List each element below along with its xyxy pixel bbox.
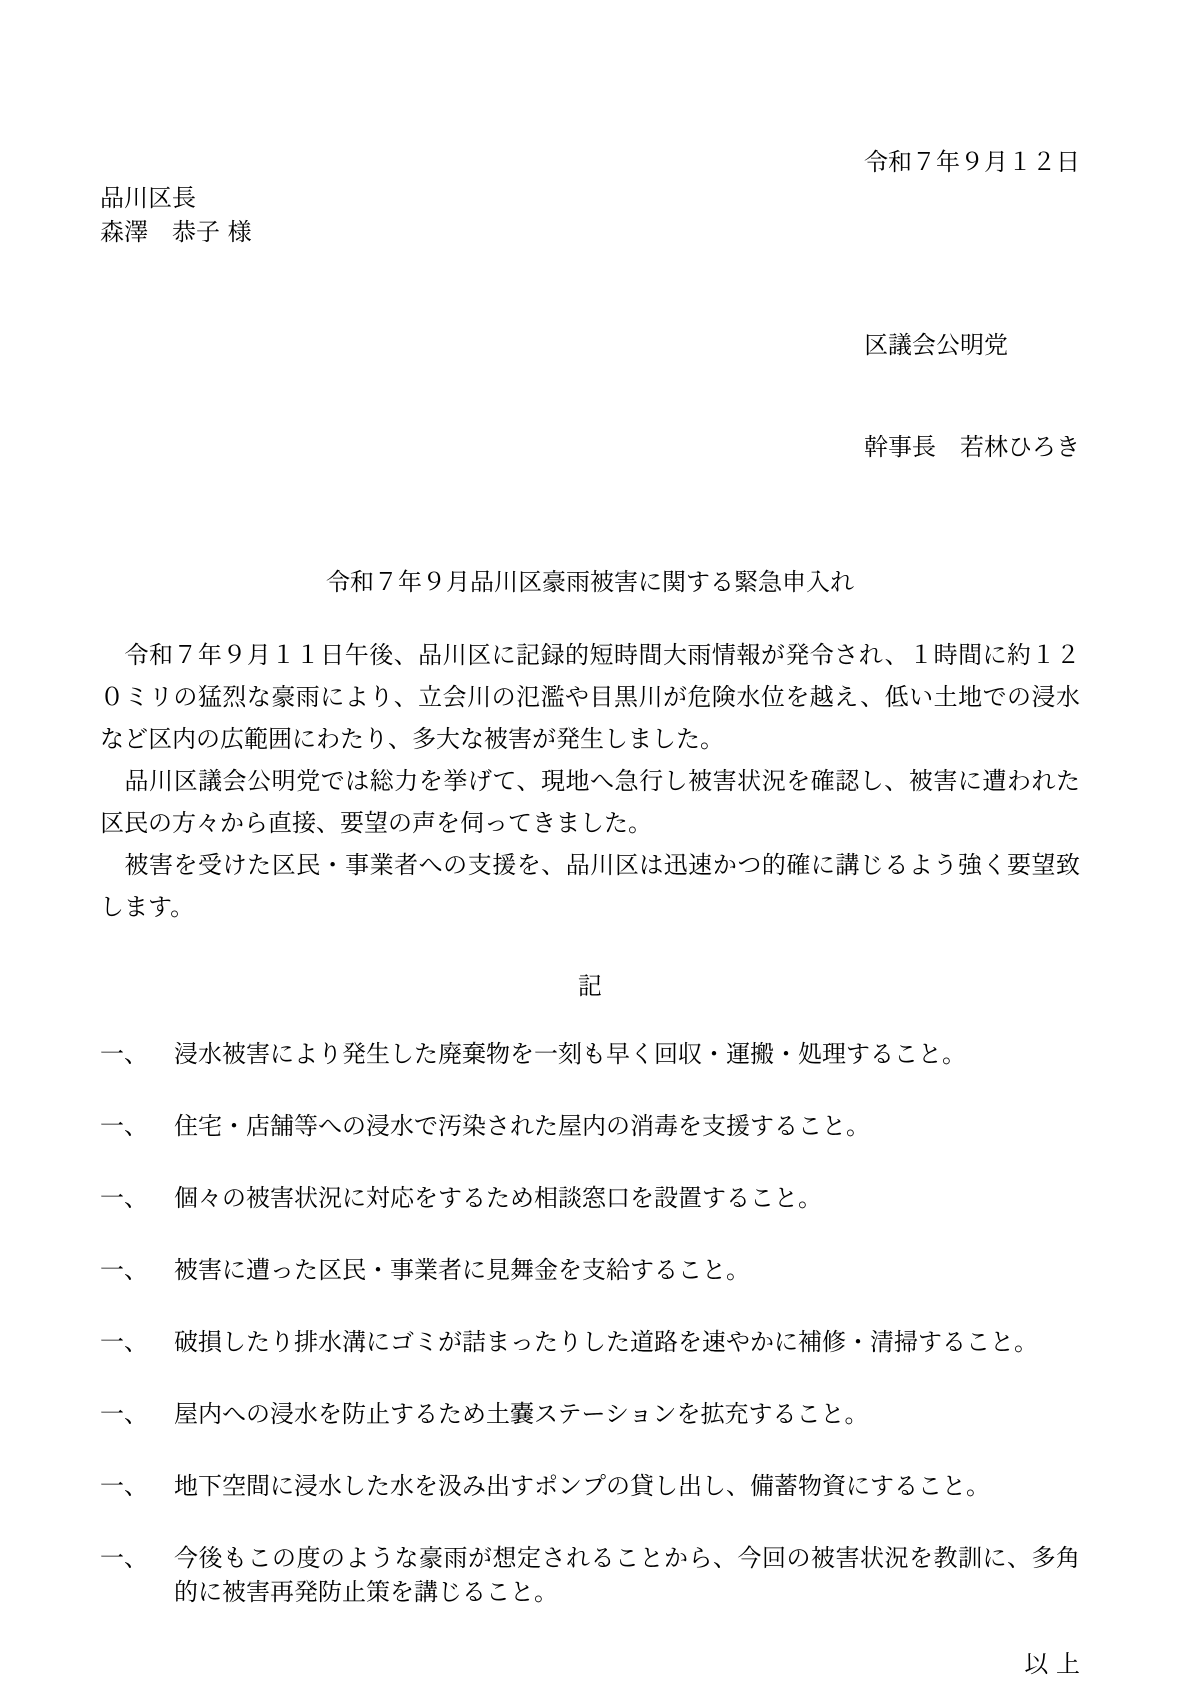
- closing-ijou: 以 上: [100, 1652, 1080, 1676]
- list-item: 一、 今後もこの度のような豪雨が想定されることから、今回の被害状況を教訓に、多角…: [100, 1541, 1080, 1609]
- item-marker: 一、: [100, 1109, 174, 1143]
- list-item: 一、 個々の被害状況に対応をするため相談窓口を設置すること。: [100, 1181, 1080, 1215]
- item-text: 住宅・店舗等への浸水で汚染された屋内の消毒を支援すること。: [174, 1109, 1080, 1143]
- item-text: 地下空間に浸水した水を汲み出すポンプの貸し出し、備蓄物資にすること。: [174, 1469, 1080, 1503]
- item-marker: 一、: [100, 1037, 174, 1071]
- body-paragraph: 被害を受けた区民・事業者への支援を、品川区は迅速かつ的確に講じるよう強く要望致し…: [100, 844, 1080, 928]
- recipient-name: 森澤 恭子 様: [100, 220, 1080, 244]
- item-text: 今後もこの度のような豪雨が想定されることから、今回の被害状況を教訓に、多角的に被…: [174, 1541, 1080, 1609]
- item-marker: 一、: [100, 1469, 174, 1503]
- list-item: 一、 地下空間に浸水した水を汲み出すポンプの貸し出し、備蓄物資にすること。: [100, 1469, 1080, 1503]
- list-item: 一、 浸水被害により発生した廃棄物を一刻も早く回収・運搬・処理すること。: [100, 1037, 1080, 1071]
- item-marker: 一、: [100, 1541, 174, 1575]
- list-item: 一、 被害に遭った区民・事業者に見舞金を支給すること。: [100, 1253, 1080, 1287]
- item-marker: 一、: [100, 1397, 174, 1431]
- request-list: 一、 浸水被害により発生した廃棄物を一刻も早く回収・運搬・処理すること。 一、 …: [100, 1037, 1080, 1609]
- document-page: 令和７年９月１２日 品川区長 森澤 恭子 様 区議会公明党 幹事長 若林ひろき …: [0, 0, 1190, 1683]
- item-marker: 一、: [100, 1253, 174, 1287]
- item-marker: 一、: [100, 1181, 174, 1215]
- item-text: 破損したり排水溝にゴミが詰まったりした道路を速やかに補修・清掃すること。: [174, 1325, 1080, 1359]
- recipient-title: 品川区長: [100, 186, 1080, 210]
- document-title: 令和７年９月品川区豪雨被害に関する緊急申入れ: [100, 570, 1080, 594]
- ki-separator: 記: [100, 974, 1080, 998]
- document-date: 令和７年９月１２日: [100, 150, 1080, 174]
- item-text: 被害に遭った区民・事業者に見舞金を支給すること。: [174, 1253, 1080, 1287]
- item-text: 個々の被害状況に対応をするため相談窓口を設置すること。: [174, 1181, 1080, 1215]
- document-body: 令和７年９月１１日午後、品川区に記録的短時間大雨情報が発令され、１時間に約１２０…: [100, 634, 1080, 928]
- item-marker: 一、: [100, 1325, 174, 1359]
- list-item: 一、 破損したり排水溝にゴミが詰まったりした道路を速やかに補修・清掃すること。: [100, 1325, 1080, 1359]
- sender-block: 区議会公明党 幹事長 若林ひろき: [100, 260, 1080, 532]
- list-item: 一、 屋内への浸水を防止するため土嚢ステーションを拡充すること。: [100, 1397, 1080, 1431]
- item-text: 浸水被害により発生した廃棄物を一刻も早く回収・運搬・処理すること。: [174, 1037, 1080, 1071]
- body-paragraph: 品川区議会公明党では総力を挙げて、現地へ急行し被害状況を確認し、被害に遭われた区…: [100, 760, 1080, 844]
- body-paragraph: 令和７年９月１１日午後、品川区に記録的短時間大雨情報が発令され、１時間に約１２０…: [100, 634, 1080, 760]
- sender-org: 区議会公明党: [864, 328, 1080, 362]
- sender-person: 幹事長 若林ひろき: [864, 430, 1080, 464]
- list-item: 一、 住宅・店舗等への浸水で汚染された屋内の消毒を支援すること。: [100, 1109, 1080, 1143]
- item-text: 屋内への浸水を防止するため土嚢ステーションを拡充すること。: [174, 1397, 1080, 1431]
